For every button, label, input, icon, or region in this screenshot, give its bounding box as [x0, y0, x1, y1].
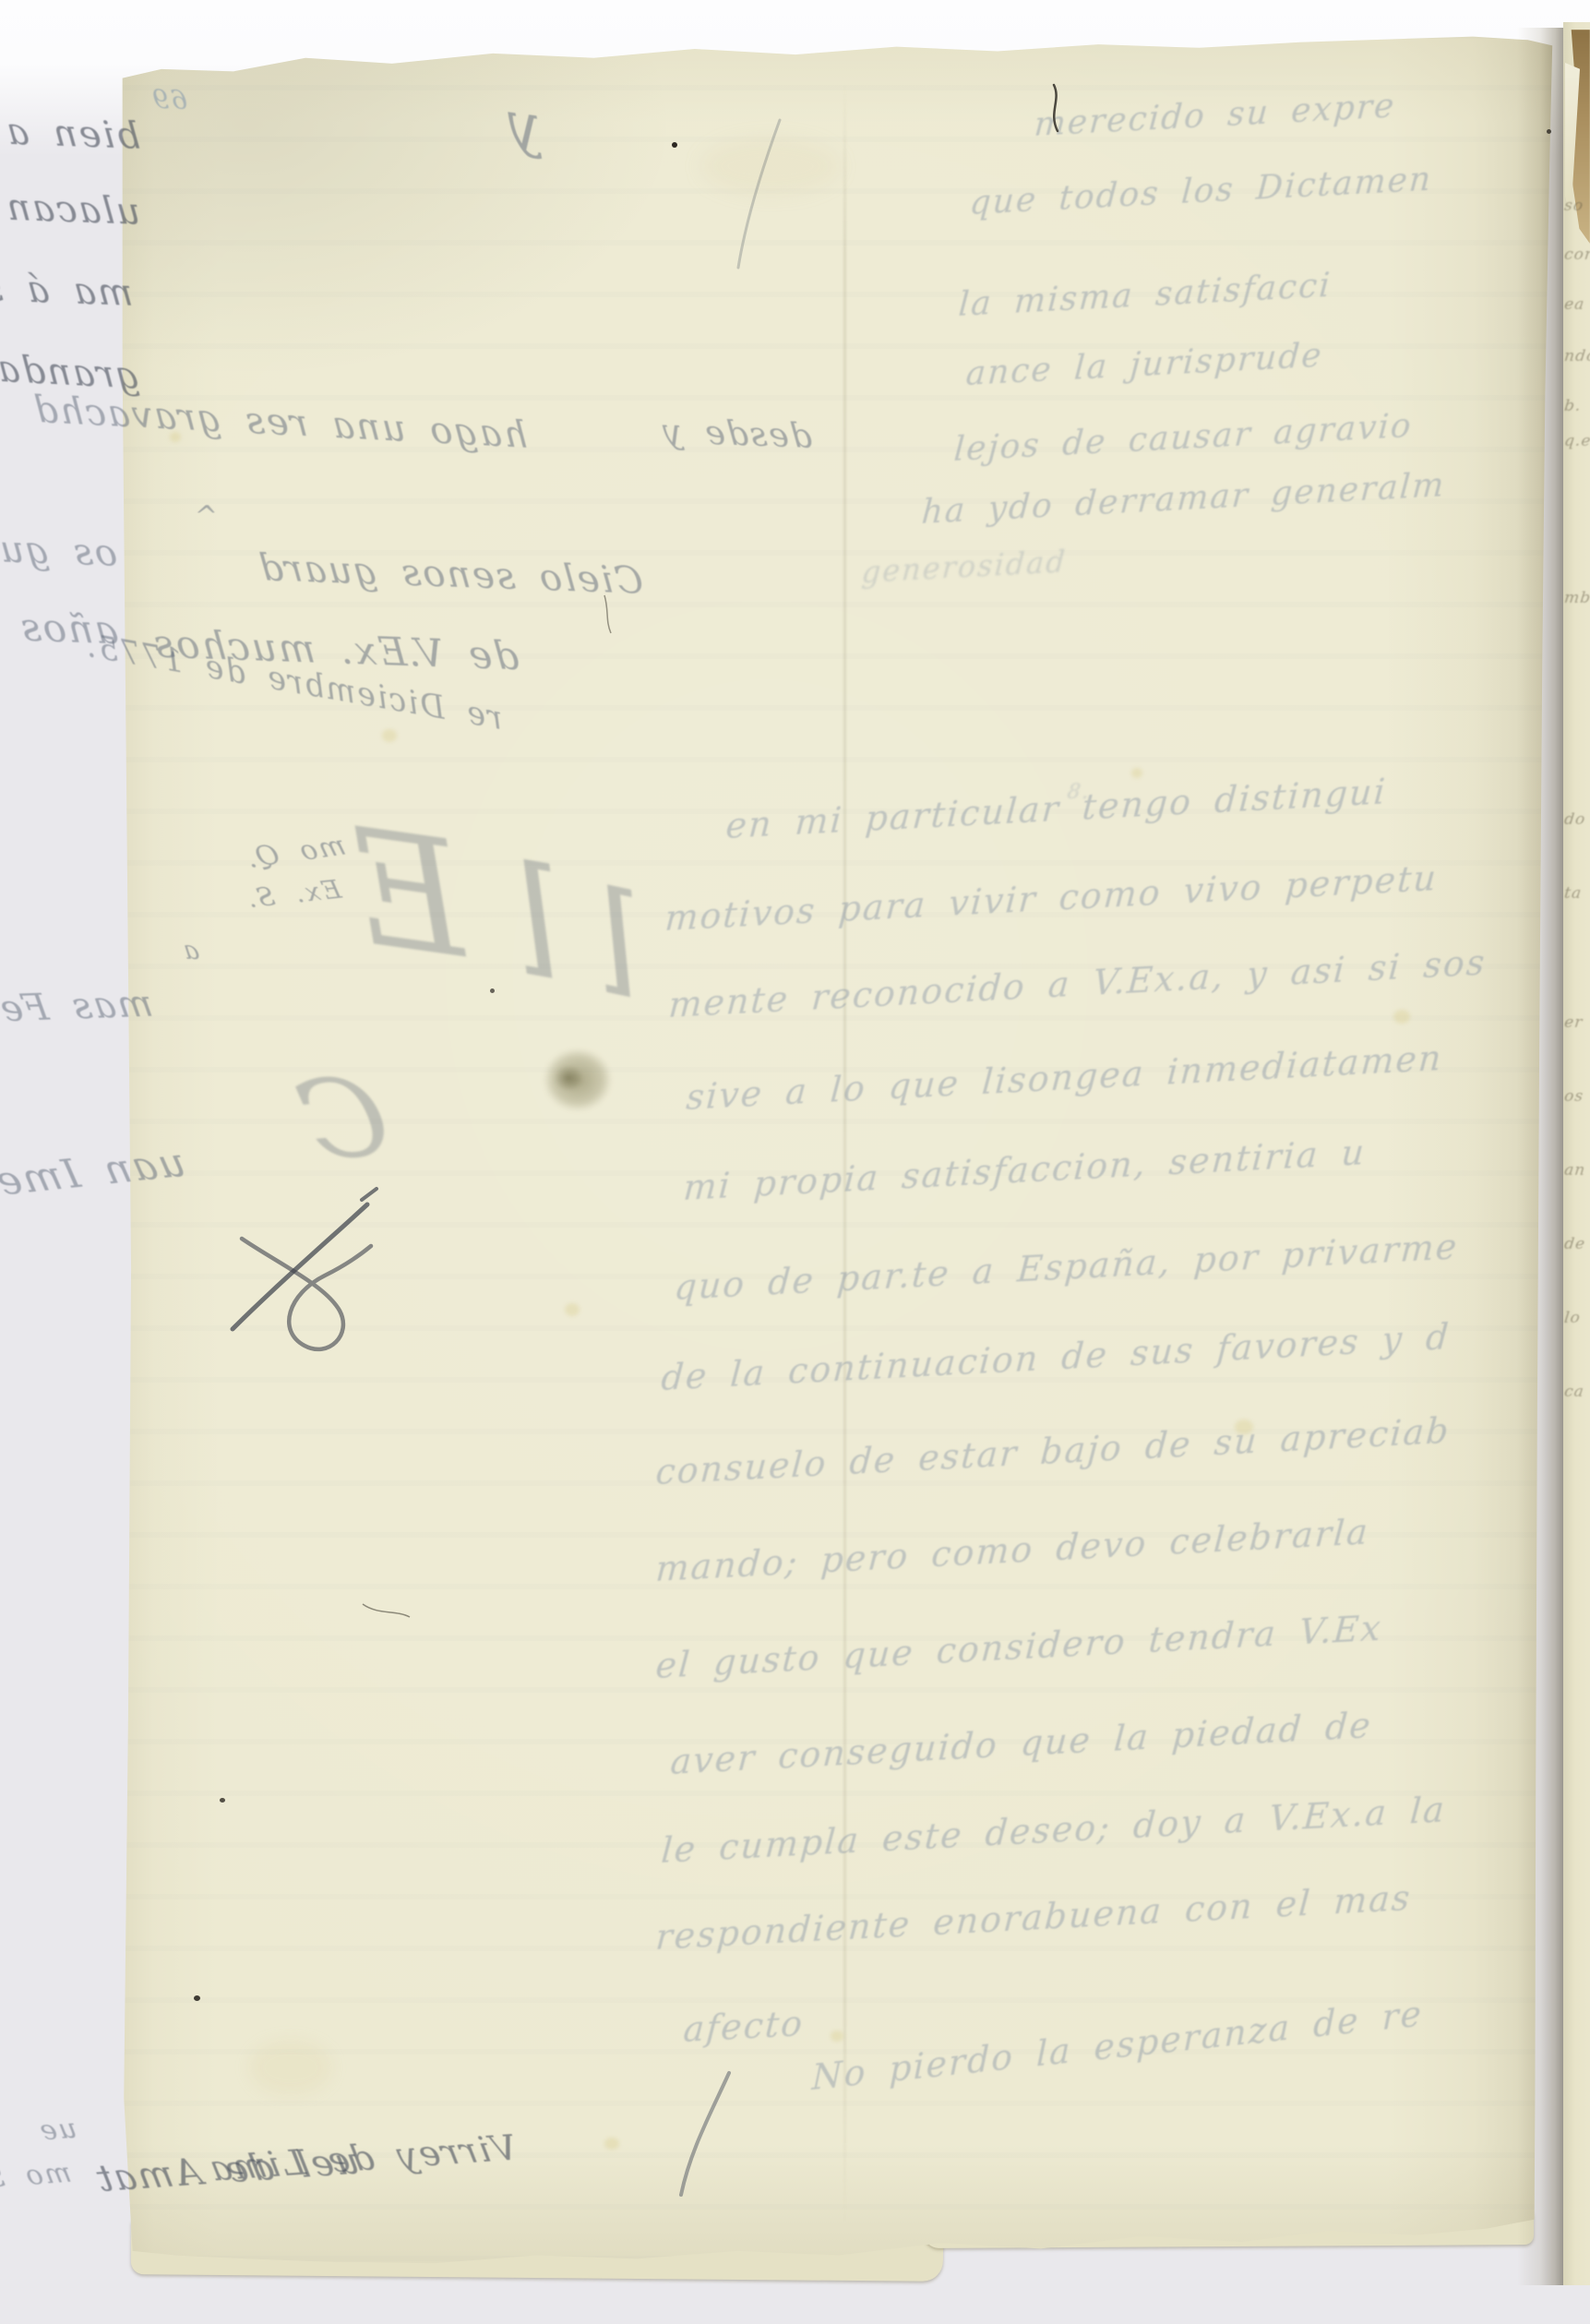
paper-stain: [604, 2138, 619, 2150]
paper-stain: [831, 2031, 843, 2042]
paper-discoloration: [249, 2040, 332, 2095]
manuscript-scan: 69 bien a q.e paña. V. b. amigoyulacan a…: [0, 0, 1590, 2324]
ink-speck: [220, 1798, 225, 1803]
bleedthrough-line: grandad y obligacion.: [0, 334, 141, 395]
ink-speck: [490, 988, 495, 993]
paper-stain: [1235, 1420, 1253, 1434]
bleedthrough-line: mo S.r: [0, 2160, 74, 2195]
paper-stain: [1393, 1010, 1410, 1024]
ink-speck: [194, 1995, 200, 2001]
bleedthrough-line: os guarde la imperancia: [0, 517, 119, 572]
ink-speck: [1547, 129, 1551, 134]
binding-gutter-shadow: [1517, 28, 1563, 2285]
paper-stain: [170, 432, 181, 442]
paper-stain: [382, 729, 397, 742]
paper-discoloration: [701, 138, 840, 194]
manuscript-page: [118, 33, 1560, 2278]
next-page-sliver: [1563, 22, 1590, 2285]
vertical-fold-crease: [843, 83, 846, 2224]
bleedthrough-line: años Tinta 44: [0, 600, 120, 650]
ink-smudge-core: [550, 1061, 587, 1095]
bleedthrough-line: ulacan a donde Op.s se hal: [0, 173, 142, 231]
paper-stain: [1131, 768, 1142, 778]
paper-stain: [565, 1303, 580, 1316]
ink-speck: [672, 142, 677, 148]
bleedthrough-line: ma á su obediencia en de: [0, 256, 135, 313]
bleedthrough-line: ue: [36, 2115, 79, 2146]
